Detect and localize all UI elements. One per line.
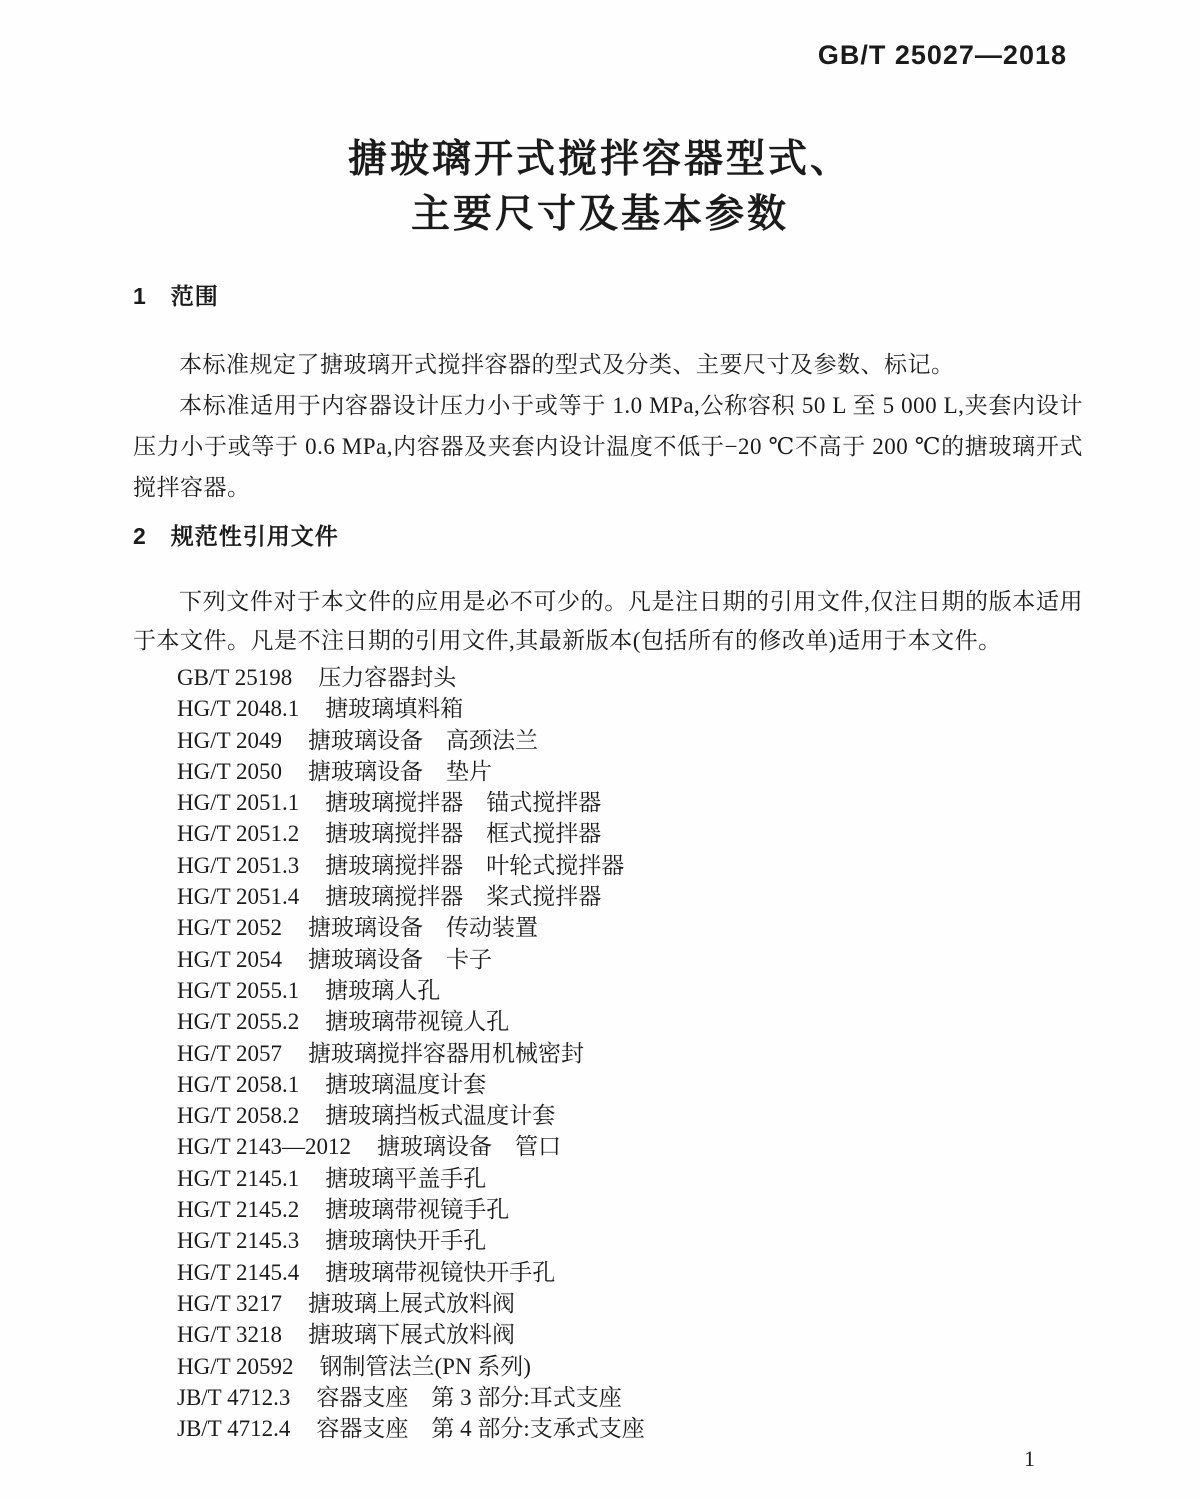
reference-code: HG/T 3218 bbox=[177, 1319, 282, 1350]
reference-item: HG/T 2145.2搪玻璃带视镜手孔 bbox=[177, 1194, 1083, 1225]
reference-item: HG/T 2058.1搪玻璃温度计套 bbox=[177, 1069, 1083, 1100]
reference-code: HG/T 2145.2 bbox=[177, 1194, 299, 1225]
reference-title: 搪玻璃设备 卡子 bbox=[308, 947, 492, 972]
page-number: 1 bbox=[1024, 1446, 1035, 1472]
reference-code: HG/T 2049 bbox=[177, 725, 282, 756]
reference-title: 搪玻璃搅拌容器用机械密封 bbox=[308, 1041, 584, 1066]
reference-code: HG/T 2051.2 bbox=[177, 818, 299, 849]
reference-code: HG/T 2051.4 bbox=[177, 881, 299, 912]
section-title: 范围 bbox=[171, 283, 219, 309]
reference-code: HG/T 2055.1 bbox=[177, 975, 299, 1006]
reference-code: HG/T 2050 bbox=[177, 756, 282, 787]
document-body: 1范围 本标准规定了搪玻璃开式搅拌容器的型式及分类、主要尺寸及参数、标记。 本标… bbox=[133, 282, 1083, 1444]
reference-item: HG/T 2054搪玻璃设备 卡子 bbox=[177, 944, 1083, 975]
section-heading-normative-references: 2规范性引用文件 bbox=[133, 522, 1083, 550]
reference-title: 搪玻璃填料箱 bbox=[325, 696, 463, 721]
reference-code: HG/T 2145.1 bbox=[177, 1163, 299, 1194]
section-heading-scope: 1范围 bbox=[133, 282, 1083, 310]
reference-code: HG/T 2055.2 bbox=[177, 1006, 299, 1037]
reference-code: HG/T 2058.1 bbox=[177, 1069, 299, 1100]
reference-item: HG/T 20592钢制管法兰(PN 系列) bbox=[177, 1351, 1083, 1382]
document-title-line1: 搪玻璃开式搅拌容器型式、 bbox=[0, 132, 1200, 187]
reference-item: GB/T 25198压力容器封头 bbox=[177, 662, 1083, 693]
reference-code: HG/T 2051.3 bbox=[177, 850, 299, 881]
document-title: 搪玻璃开式搅拌容器型式、 主要尺寸及基本参数 bbox=[0, 132, 1200, 242]
reference-title: 搪玻璃搅拌器 框式搅拌器 bbox=[325, 821, 601, 846]
reference-title: 搪玻璃温度计套 bbox=[325, 1072, 486, 1097]
reference-title: 搪玻璃快开手孔 bbox=[325, 1228, 486, 1253]
reference-item: HG/T 2145.4搪玻璃带视镜快开手孔 bbox=[177, 1257, 1083, 1288]
reference-code: HG/T 2048.1 bbox=[177, 693, 299, 724]
reference-code: HG/T 20592 bbox=[177, 1351, 294, 1382]
reference-item: HG/T 2051.1搪玻璃搅拌器 锚式搅拌器 bbox=[177, 787, 1083, 818]
reference-code: HG/T 3217 bbox=[177, 1288, 282, 1319]
reference-title: 搪玻璃设备 传动装置 bbox=[308, 915, 538, 940]
reference-title: 搪玻璃带视镜人孔 bbox=[325, 1009, 509, 1034]
reference-code: HG/T 2057 bbox=[177, 1038, 282, 1069]
reference-item: HG/T 2055.2搪玻璃带视镜人孔 bbox=[177, 1006, 1083, 1037]
reference-item: HG/T 2057搪玻璃搅拌容器用机械密封 bbox=[177, 1038, 1083, 1069]
reference-title: 搪玻璃设备 高颈法兰 bbox=[308, 728, 538, 753]
reference-item: HG/T 2058.2搪玻璃挡板式温度计套 bbox=[177, 1100, 1083, 1131]
references-intro-paragraph: 下列文件对于本文件的应用是必不可少的。凡是注日期的引用文件,仅注日期的版本适用于… bbox=[133, 582, 1083, 660]
section-number: 2 bbox=[133, 522, 147, 550]
reference-item: JB/T 4712.3容器支座 第 3 部分:耳式支座 bbox=[177, 1382, 1083, 1413]
reference-title: 搪玻璃带视镜快开手孔 bbox=[325, 1260, 555, 1285]
reference-item: HG/T 2048.1搪玻璃填料箱 bbox=[177, 693, 1083, 724]
standard-code-header: GB/T 25027—2018 bbox=[818, 40, 1067, 71]
reference-code: HG/T 2145.3 bbox=[177, 1225, 299, 1256]
reference-item: HG/T 2051.2搪玻璃搅拌器 框式搅拌器 bbox=[177, 818, 1083, 849]
reference-title: 搪玻璃设备 管口 bbox=[377, 1134, 561, 1159]
reference-title: 钢制管法兰(PN 系列) bbox=[320, 1354, 531, 1379]
reference-item: HG/T 2145.1搪玻璃平盖手孔 bbox=[177, 1163, 1083, 1194]
section-number: 1 bbox=[133, 282, 147, 310]
reference-title: 搪玻璃设备 垫片 bbox=[308, 759, 492, 784]
reference-item: HG/T 2143—2012搪玻璃设备 管口 bbox=[177, 1131, 1083, 1162]
reference-item: HG/T 2051.4搪玻璃搅拌器 桨式搅拌器 bbox=[177, 881, 1083, 912]
reference-title: 搪玻璃人孔 bbox=[325, 978, 440, 1003]
reference-item: HG/T 2051.3搪玻璃搅拌器 叶轮式搅拌器 bbox=[177, 850, 1083, 881]
reference-title: 搪玻璃下展式放料阀 bbox=[308, 1322, 515, 1347]
reference-code: JB/T 4712.3 bbox=[177, 1382, 290, 1413]
reference-title: 容器支座 第 4 部分:支承式支座 bbox=[316, 1416, 644, 1441]
reference-title: 容器支座 第 3 部分:耳式支座 bbox=[316, 1385, 621, 1410]
reference-title: 搪玻璃带视镜手孔 bbox=[325, 1197, 509, 1222]
reference-code: JB/T 4712.4 bbox=[177, 1413, 290, 1444]
reference-title: 压力容器封头 bbox=[318, 665, 456, 690]
reference-title: 搪玻璃挡板式温度计套 bbox=[325, 1103, 555, 1128]
reference-code: HG/T 2058.2 bbox=[177, 1100, 299, 1131]
reference-item: HG/T 2049搪玻璃设备 高颈法兰 bbox=[177, 725, 1083, 756]
document-title-line2: 主要尺寸及基本参数 bbox=[0, 187, 1200, 242]
reference-code: HG/T 2052 bbox=[177, 912, 282, 943]
reference-code: HG/T 2054 bbox=[177, 944, 282, 975]
scope-paragraph-1: 本标准规定了搪玻璃开式搅拌容器的型式及分类、主要尺寸及参数、标记。 bbox=[133, 344, 1083, 385]
scope-paragraph-2: 本标准适用于内容器设计压力小于或等于 1.0 MPa,公称容积 50 L 至 5… bbox=[133, 385, 1083, 508]
reference-item: HG/T 2052搪玻璃设备 传动装置 bbox=[177, 912, 1083, 943]
reference-title: 搪玻璃平盖手孔 bbox=[325, 1166, 486, 1191]
reference-item: JB/T 4712.4容器支座 第 4 部分:支承式支座 bbox=[177, 1413, 1083, 1444]
section-title: 规范性引用文件 bbox=[171, 523, 339, 549]
reference-item: HG/T 3217搪玻璃上展式放料阀 bbox=[177, 1288, 1083, 1319]
reference-item: HG/T 3218搪玻璃下展式放料阀 bbox=[177, 1319, 1083, 1350]
reference-item: HG/T 2055.1搪玻璃人孔 bbox=[177, 975, 1083, 1006]
reference-item: HG/T 2145.3搪玻璃快开手孔 bbox=[177, 1225, 1083, 1256]
reference-code: HG/T 2145.4 bbox=[177, 1257, 299, 1288]
reference-title: 搪玻璃搅拌器 叶轮式搅拌器 bbox=[325, 853, 624, 878]
reference-title: 搪玻璃搅拌器 桨式搅拌器 bbox=[325, 884, 601, 909]
reference-code: HG/T 2051.1 bbox=[177, 787, 299, 818]
references-list: GB/T 25198压力容器封头HG/T 2048.1搪玻璃填料箱HG/T 20… bbox=[177, 662, 1083, 1444]
reference-code: HG/T 2143—2012 bbox=[177, 1131, 351, 1162]
reference-item: HG/T 2050搪玻璃设备 垫片 bbox=[177, 756, 1083, 787]
reference-title: 搪玻璃搅拌器 锚式搅拌器 bbox=[325, 790, 601, 815]
reference-title: 搪玻璃上展式放料阀 bbox=[308, 1291, 515, 1316]
reference-code: GB/T 25198 bbox=[177, 662, 292, 693]
